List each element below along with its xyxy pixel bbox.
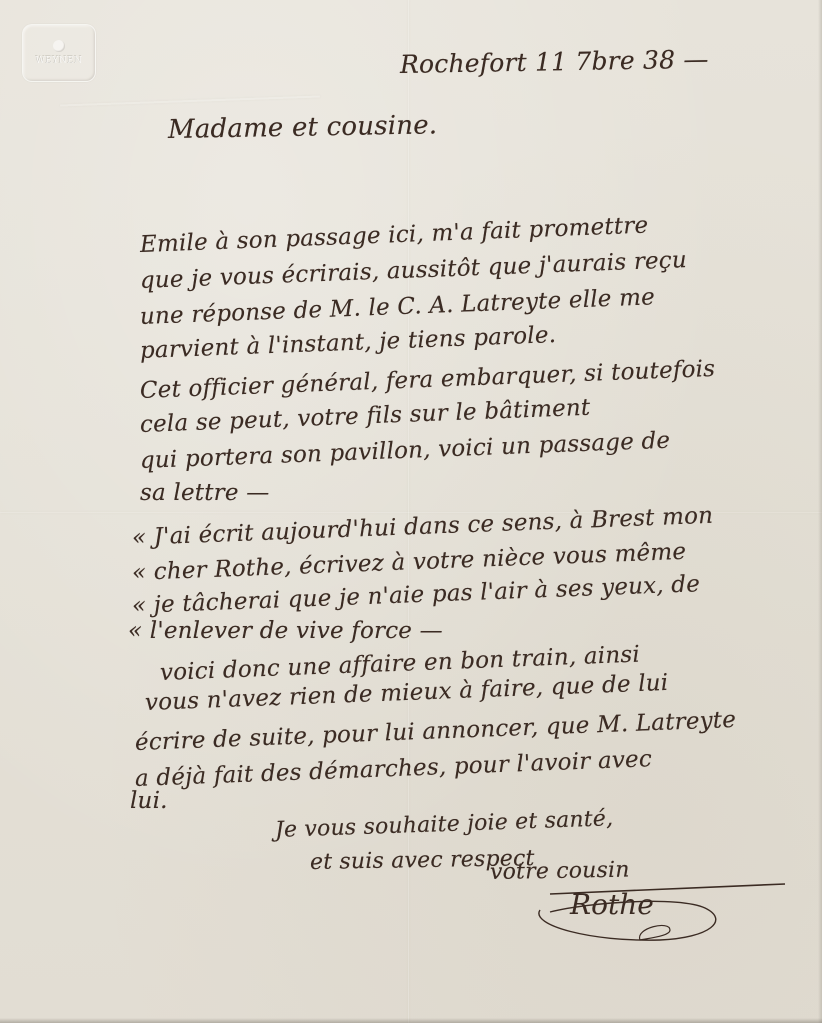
signature-name: Rothe: [570, 888, 654, 921]
quoted-line: « l'enlever de vive force —: [128, 618, 443, 644]
dateline: Rochefort 11 7bre 38 —: [400, 45, 709, 79]
page-edge-bottom: [0, 1018, 822, 1023]
body-line: Cet officier général, fera embarquer, si…: [140, 356, 716, 404]
salutation: Madame et cousine.: [168, 110, 438, 145]
stamp-text: WEYNEN: [35, 56, 82, 66]
paper-crease: [60, 95, 320, 106]
letter-page: WEYNEN Rochefort 11 7bre 38 — Madame et …: [0, 0, 822, 1023]
closing-line: Je vous souhaite joie et santé,: [275, 806, 614, 843]
body-line: parvient à l'instant, je tiens parole.: [140, 322, 557, 364]
body-line: lui.: [130, 788, 168, 814]
crown-emblem-icon: [53, 40, 65, 52]
body-line: une réponse de M. le C. A. Latreyte elle…: [140, 284, 656, 330]
body-line: sa lettre —: [140, 480, 269, 506]
embossed-stamp: WEYNEN: [22, 24, 96, 82]
signature: Rothe: [530, 880, 800, 950]
page-edge-right: [818, 0, 822, 1023]
